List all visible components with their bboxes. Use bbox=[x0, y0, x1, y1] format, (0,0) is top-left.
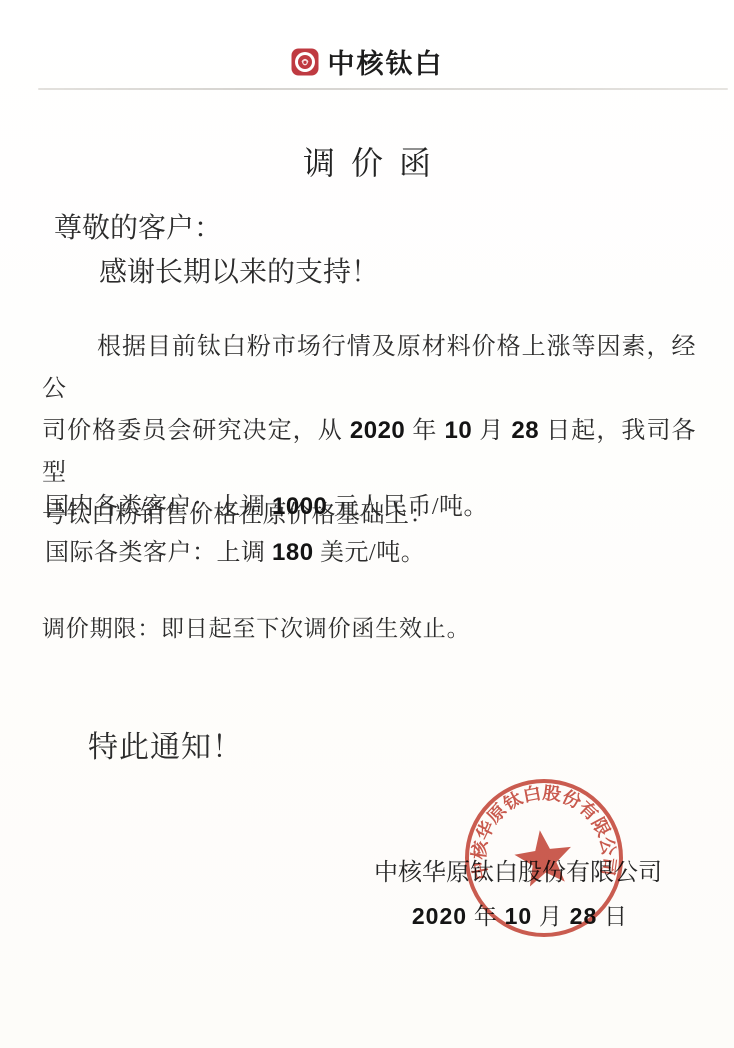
paragraph-line-2: 司价格委员会研究决定，从 2020 年 10 月 28 日起，我司各型 bbox=[42, 410, 696, 494]
signature-company-name: 中核华原钛白股份有限公司 bbox=[374, 852, 662, 887]
adjustment-period-line: 调价期限：即日起至下次调价函生效止。 bbox=[42, 610, 696, 643]
paragraph-line-1: 根据目前钛白粉市场行情及原材料价格上涨等因素，经公 bbox=[42, 326, 696, 410]
header-divider bbox=[38, 88, 728, 90]
price-adjustment-list: 国内各类客户：上调 1000 元人民币/吨。 国际各类客户：上调 180 美元/… bbox=[45, 484, 696, 576]
international-price-line: 国际各类客户：上调 180 美元/吨。 bbox=[45, 530, 696, 576]
company-logo: 中核钛白 bbox=[0, 42, 734, 81]
cnnc-logo-icon bbox=[291, 48, 319, 76]
letter-title: 调价函 bbox=[0, 138, 734, 184]
thanks-line: 感谢长期以来的支持！ bbox=[99, 250, 379, 290]
signature-date: 2020 年 10 月 28 日 bbox=[412, 898, 628, 931]
salutation-line: 尊敬的客户： bbox=[54, 206, 222, 246]
notice-line: 特此通知！ bbox=[88, 722, 243, 766]
domestic-price-line: 国内各类客户：上调 1000 元人民币/吨。 bbox=[45, 484, 696, 530]
letter-page: 中核钛白 调价函 尊敬的客户： 感谢长期以来的支持！ 根据目前钛白粉市场行情及原… bbox=[0, 0, 734, 1048]
company-logo-text: 中核钛白 bbox=[328, 42, 444, 81]
